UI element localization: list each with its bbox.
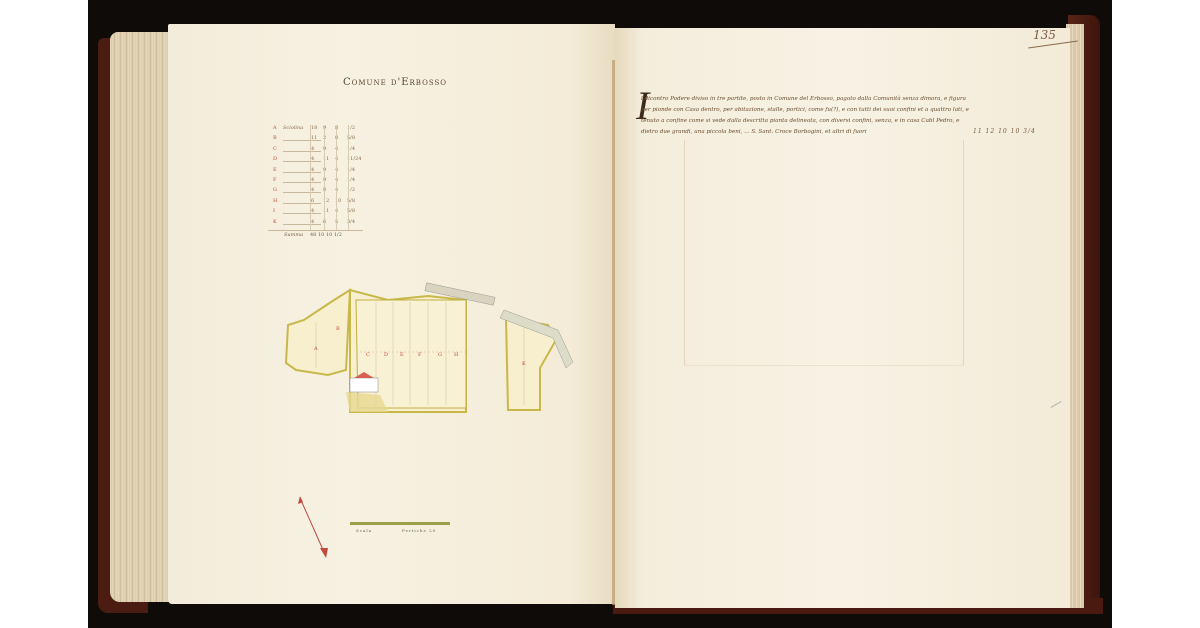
- area-total: 11 12 10 10 3/4: [973, 128, 1036, 135]
- book-gutter: [612, 60, 615, 605]
- ruled-frame: [684, 140, 964, 366]
- manuscript-text: l dicontro Podere diviso in tre partite,…: [641, 94, 971, 138]
- margin-right: [1112, 0, 1200, 628]
- margin-left: [0, 0, 88, 628]
- book-photograph: Comune d'Erbosso ASciolina18981/2B11285/…: [88, 0, 1112, 628]
- folio-number: 135: [1033, 28, 1056, 42]
